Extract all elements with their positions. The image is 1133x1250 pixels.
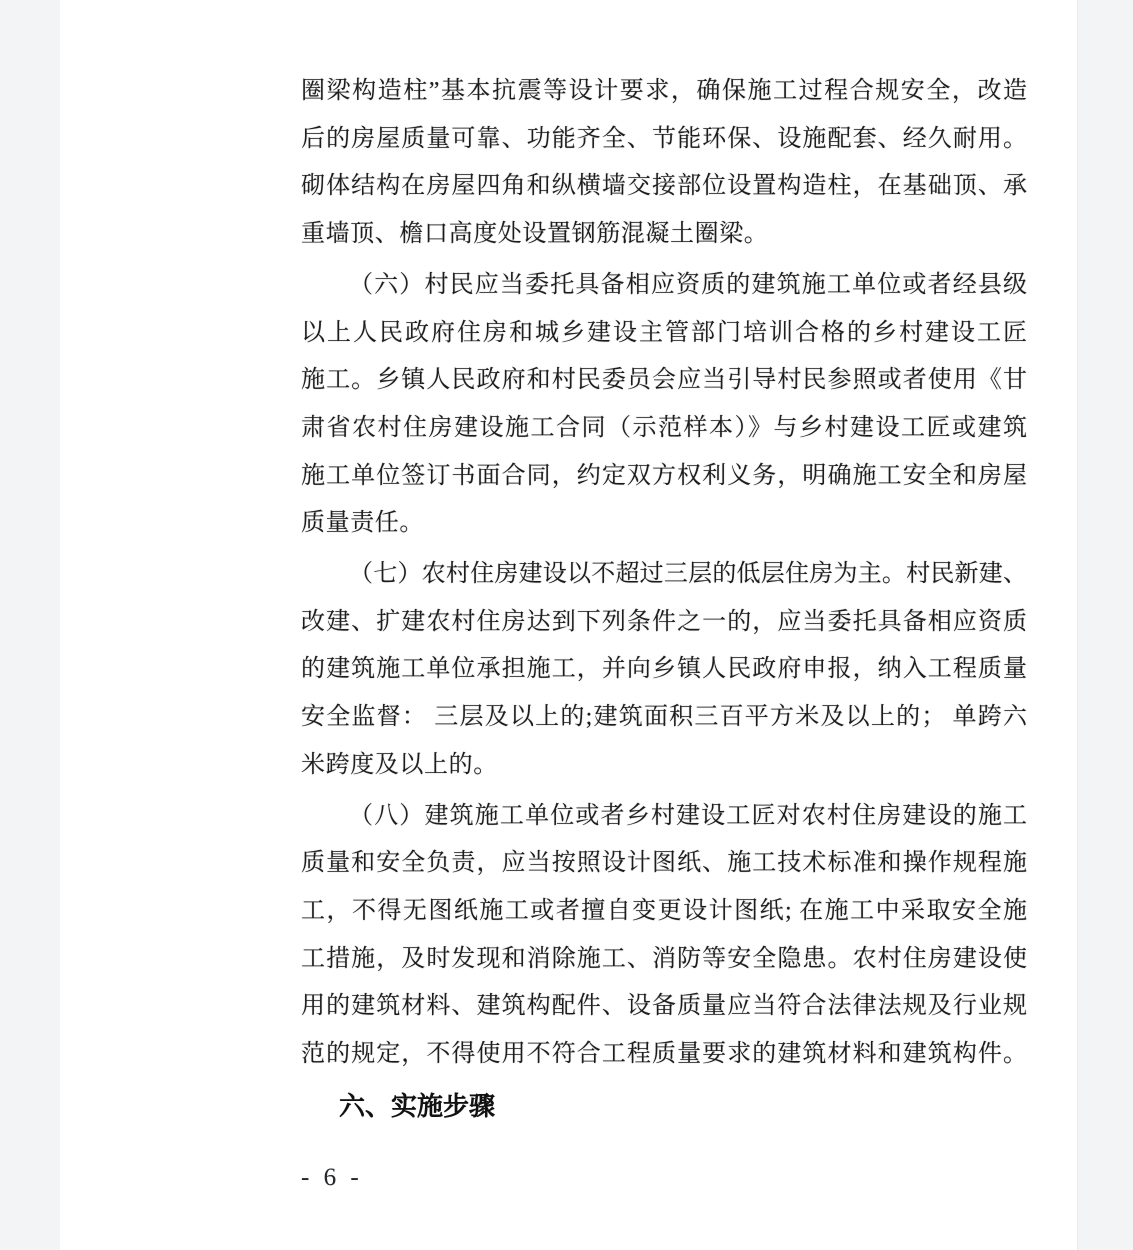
paper-sheet: 圈梁构造柱”基本抗震等设计要求，确保施工过程合规安全，改造 后的房屋质量可靠、功…: [60, 0, 1078, 1250]
text-line: 的建筑施工单位承担施工，并向乡镇人民政府申报，纳入工程质量: [301, 646, 1027, 694]
text-line: 重墙顶、檐口高度处设置钢筋混凝土圈梁。: [301, 211, 1027, 259]
text-line: 改建、扩建农村住房达到下列条件之一的，应当委托具备相应资质: [301, 599, 1027, 647]
text-line: 米跨度及以上的。: [301, 742, 1027, 790]
left-gutter: [0, 0, 61, 1250]
text-line: 安全监督： 三层及以上的;建筑面积三百平方米及以上的； 单跨六: [301, 694, 1027, 742]
text-line: （七）农村住房建设以不超过三层的低层住房为主。村民新建、: [301, 551, 1027, 599]
text-line: 施工。乡镇人民政府和村民委员会应当引导村民参照或者使用《甘: [301, 357, 1027, 405]
text-line: 以上人民政府住房和城乡建设主管部门培训合格的乡村建设工匠: [301, 310, 1027, 358]
text-line: 质量和安全负责，应当按照设计图纸、施工技术标准和操作规程施: [301, 840, 1027, 888]
text-line: 施工单位签订书面合同，约定双方权利义务，明确施工安全和房屋: [301, 453, 1027, 501]
section-heading: 六、实施步骤: [301, 1082, 1027, 1130]
text-line: 圈梁构造柱”基本抗震等设计要求，确保施工过程合规安全，改造: [301, 68, 1027, 116]
scanned-document-page: 圈梁构造柱”基本抗震等设计要求，确保施工过程合规安全，改造 后的房屋质量可靠、功…: [0, 0, 1133, 1250]
text-column: 圈梁构造柱”基本抗震等设计要求，确保施工过程合规安全，改造 后的房屋质量可靠、功…: [301, 0, 1027, 1194]
text-line: 工措施，及时发现和消除施工、消防等安全隐患。农村住房建设使: [301, 936, 1027, 984]
text-line: （六）村民应当委托具备相应资质的建筑施工单位或者经县级: [301, 262, 1027, 310]
text-line: 肃省农村住房建设施工合同（示范样本）》与乡村建设工匠或建筑: [301, 405, 1027, 453]
text-line: 砌体结构在房屋四角和纵横墙交接部位设置构造柱，在基础顶、承: [301, 163, 1027, 211]
text-line: 后的房屋质量可靠、功能齐全、节能环保、设施配套、经久耐用。: [301, 116, 1027, 164]
right-gutter: [1077, 0, 1133, 1250]
text-line: 质量责任。: [301, 500, 1027, 548]
text-line: 工，不得无图纸施工或者擅自变更设计图纸; 在施工中采取安全施: [301, 888, 1027, 936]
paragraph-item-8: （八）建筑施工单位或者乡村建设工匠对农村住房建设的施工 质量和安全负责，应当按照…: [301, 793, 1027, 1079]
paragraph-quanliang: 圈梁构造柱”基本抗震等设计要求，确保施工过程合规安全，改造 后的房屋质量可靠、功…: [301, 68, 1027, 259]
paragraph-item-7: （七）农村住房建设以不超过三层的低层住房为主。村民新建、 改建、扩建农村住房达到…: [301, 551, 1027, 790]
text-line: 用的建筑材料、建筑构配件、设备质量应当符合法律法规及行业规: [301, 983, 1027, 1031]
text-line: 范的规定，不得使用不符合工程质量要求的建筑材料和建筑构件。: [301, 1031, 1027, 1079]
text-line: （八）建筑施工单位或者乡村建设工匠对农村住房建设的施工: [301, 793, 1027, 841]
page-number: - 6 -: [301, 1162, 1027, 1194]
paragraph-item-6: （六）村民应当委托具备相应资质的建筑施工单位或者经县级 以上人民政府住房和城乡建…: [301, 262, 1027, 548]
